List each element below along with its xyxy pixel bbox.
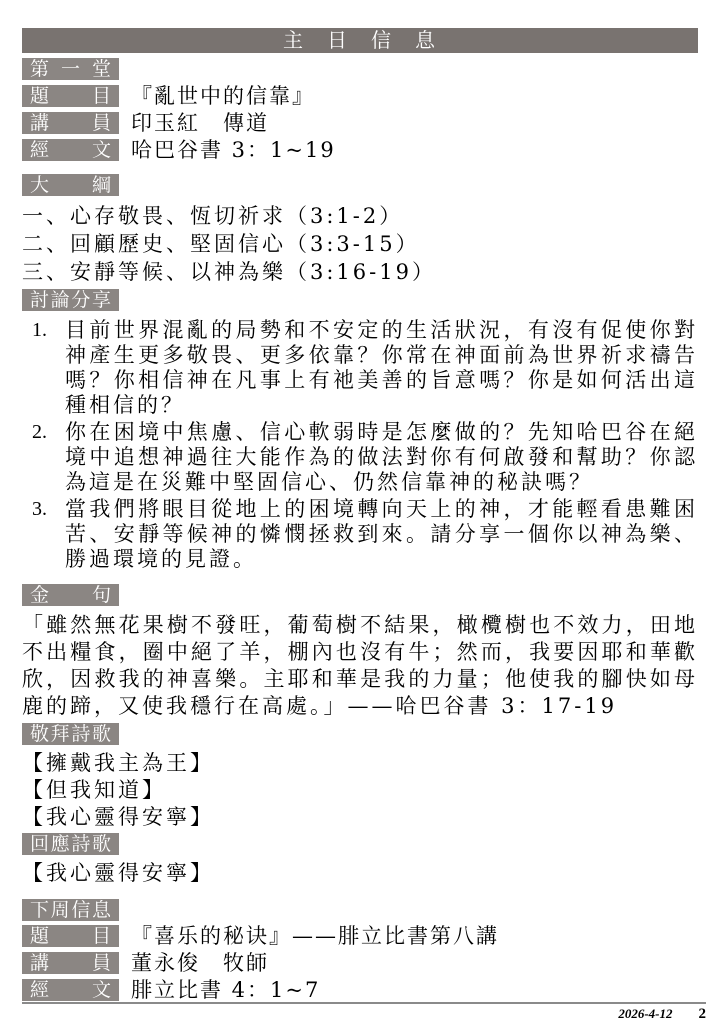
discussion-label: 討論分享 <box>22 289 119 311</box>
bulletin-content: 主 日 信 息 第一堂 題目 『亂世中的信靠』 講員 印玉紅 傳道 經文 哈巴谷… <box>0 0 724 1001</box>
next-week-speaker-row: 講員 董永俊 牧師 <box>22 952 698 974</box>
song-title: 【但我知道】 <box>22 777 698 804</box>
discussion-item: 3. 當我們將眼目從地上的困境轉向天上的神，才能輕看患難困苦、安靜等候神的憐憫拯… <box>22 497 698 572</box>
scripture-row: 經文 哈巴谷書 3：1~19 <box>22 139 698 161</box>
next-week-scripture-row: 經文 腓立比書 4：1~7 <box>22 979 698 1001</box>
discussion-item-text: 當我們將眼目從地上的困境轉向天上的神，才能輕看患難困苦、安靜等候神的憐憫拯救到來… <box>65 497 698 572</box>
response-songs-list: 【我心靈得安寧】 <box>22 860 698 887</box>
footer-date: 2026-4-12 <box>618 1006 672 1022</box>
next-week-scripture-value: 腓立比書 4：1~7 <box>131 979 320 1001</box>
discussion-item-number: 1. <box>32 318 65 418</box>
topic-label: 題目 <box>22 85 119 107</box>
next-week-speaker-value: 董永俊 牧師 <box>131 952 269 974</box>
discussion-item: 1. 目前世界混亂的局勢和不安定的生活狀況，有沒有促使你對神產生更多敬畏、更多依… <box>22 318 698 418</box>
next-week-label: 下周信息 <box>22 899 119 921</box>
golden-verse-label-row: 金句 <box>22 584 698 606</box>
discussion-label-row: 討論分享 <box>22 289 698 311</box>
next-week-topic-value: 『喜乐的秘诀』——腓立比書第八講 <box>131 925 499 947</box>
next-week-label-row: 下周信息 <box>22 899 698 921</box>
next-week-scripture-label: 經文 <box>22 979 119 1001</box>
outline-list: 一、心存敬畏、恆切祈求（3:1-2） 二、回顧歷史、堅固信心（3:3-15） 三… <box>22 202 698 286</box>
golden-verse-label: 金句 <box>22 584 119 606</box>
outline-item: 三、安靜等候、以神為樂（3:16-19） <box>22 258 698 286</box>
session-label: 第一堂 <box>22 58 119 80</box>
response-songs-label-row: 回應詩歌 <box>22 833 698 855</box>
topic-row: 題目 『亂世中的信靠』 <box>22 85 698 107</box>
outline-label: 大綱 <box>22 174 119 196</box>
response-songs-label: 回應詩歌 <box>22 833 119 855</box>
song-title: 【我心靈得安寧】 <box>22 804 698 831</box>
next-week-topic-label: 題目 <box>22 925 119 947</box>
scripture-value: 哈巴谷書 3：1~19 <box>131 139 336 161</box>
worship-songs-list: 【擁戴我主為王】 【但我知道】 【我心靈得安寧】 <box>22 750 698 831</box>
discussion-list: 1. 目前世界混亂的局勢和不安定的生活狀況，有沒有促使你對神產生更多敬畏、更多依… <box>22 318 698 572</box>
outline-item: 二、回顧歷史、堅固信心（3:3-15） <box>22 230 698 258</box>
next-week-speaker-label: 講員 <box>22 952 119 974</box>
worship-songs-label-row: 敬拜詩歌 <box>22 723 698 745</box>
page-footer: 2026-4-12 2 <box>22 1002 706 1023</box>
discussion-item-text: 你在困境中焦慮、信心軟弱時是怎麼做的？先知哈巴谷在絕境中追想神過往大能作為的做法… <box>65 420 698 495</box>
topic-value: 『亂世中的信靠』 <box>131 85 315 107</box>
scripture-label: 經文 <box>22 139 119 161</box>
golden-verse-text: 「雖然無花果樹不發旺，葡萄樹不結果，橄欖樹也不效力，田地不出糧食，圈中絕了羊，棚… <box>22 612 698 720</box>
session-row: 第一堂 <box>22 58 698 80</box>
discussion-item: 2. 你在困境中焦慮、信心軟弱時是怎麼做的？先知哈巴谷在絕境中追想神過往大能作為… <box>22 420 698 495</box>
bulletin-page: 主 日 信 息 第一堂 題目 『亂世中的信靠』 講員 印玉紅 傳道 經文 哈巴谷… <box>0 0 724 1024</box>
speaker-label: 講員 <box>22 112 119 134</box>
song-title: 【擁戴我主為王】 <box>22 750 698 777</box>
page-title: 主 日 信 息 <box>22 28 698 53</box>
outline-item: 一、心存敬畏、恆切祈求（3:1-2） <box>22 202 698 230</box>
discussion-item-number: 2. <box>32 420 65 495</box>
next-week-topic-row: 題目 『喜乐的秘诀』——腓立比書第八講 <box>22 925 698 947</box>
worship-songs-label: 敬拜詩歌 <box>22 723 119 745</box>
outline-label-row: 大綱 <box>22 174 698 196</box>
discussion-item-text: 目前世界混亂的局勢和不安定的生活狀況，有沒有促使你對神產生更多敬畏、更多依靠？你… <box>65 318 698 418</box>
discussion-item-number: 3. <box>32 497 65 572</box>
footer-meta: 2026-4-12 2 <box>22 1004 706 1023</box>
speaker-row: 講員 印玉紅 傳道 <box>22 112 698 134</box>
song-title: 【我心靈得安寧】 <box>22 860 698 887</box>
speaker-value: 印玉紅 傳道 <box>131 112 269 134</box>
footer-page-number: 2 <box>699 1006 707 1023</box>
